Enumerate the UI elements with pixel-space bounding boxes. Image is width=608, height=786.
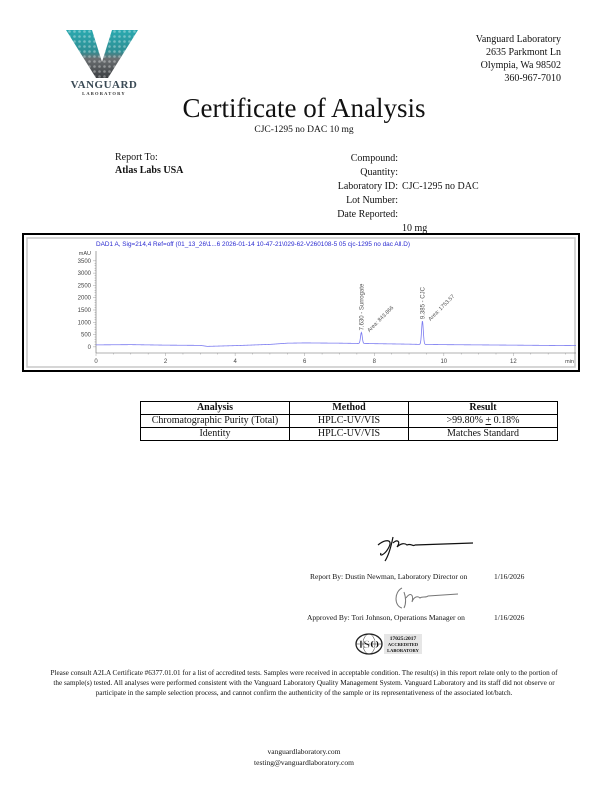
cell-result: >99.80% + 0.18% (409, 415, 558, 428)
disclaimer-text: Please consult A2LA Certificate #6377.01… (50, 668, 558, 698)
svg-text:2: 2 (164, 359, 168, 365)
lot-number-label: Lot Number: (300, 194, 398, 208)
address-phone: 360-967-7010 (476, 72, 561, 85)
svg-text:min: min (565, 359, 574, 365)
compound-label: Compound: (300, 152, 398, 166)
compound-value: CJC-1295 no DAC (402, 180, 479, 194)
date-reported-label: Date Reported: (300, 208, 398, 222)
cell-method: HPLC-UV/VIS (290, 428, 409, 441)
svg-text:8: 8 (373, 359, 377, 365)
address-line: Vanguard Laboratory (476, 33, 561, 46)
svg-text:3500: 3500 (78, 259, 92, 265)
header-result: Result (409, 402, 558, 415)
manager-signature (392, 584, 462, 612)
footer-website[interactable]: vanguardlaboratory.com (0, 746, 608, 757)
svg-text:1500: 1500 (78, 308, 92, 314)
lab-id-label: Laboratory ID: (300, 180, 398, 194)
svg-text:3000: 3000 (78, 271, 92, 277)
svg-text:mAU: mAU (79, 251, 91, 257)
svg-text:Area: 1753.57: Area: 1753.57 (428, 294, 457, 323)
report-by-text: Report By: Dustin Newman, Laboratory Dir… (310, 572, 467, 581)
svg-text:6: 6 (303, 359, 307, 365)
svg-text:9.385 - CJC: 9.385 - CJC (420, 286, 426, 319)
chromatogram-plot: DAD1 A, Sig=214,4 Ref=off (01_13_26\1...… (24, 235, 578, 370)
svg-text:ISO: ISO (359, 637, 380, 651)
lab-address: Vanguard Laboratory 2635 Parkmont Ln Oly… (476, 33, 561, 85)
cell-analysis: Identity (141, 428, 290, 441)
approved-date: 1/16/2026 (494, 613, 524, 622)
approved-by-text: Approved By: Tori Johnson, Operations Ma… (307, 613, 465, 622)
svg-text:12: 12 (510, 359, 517, 365)
logo-wordmark: VANGUARD (54, 79, 154, 91)
svg-text:2000: 2000 (78, 296, 92, 302)
plus-minus-symbol: + (486, 415, 492, 426)
svg-text:0: 0 (94, 359, 98, 365)
footer-email[interactable]: testing@vanguardlaboratory.com (0, 757, 608, 768)
footer: vanguardlaboratory.com testing@vanguardl… (0, 746, 608, 768)
svg-text:Area: 843.866: Area: 843.866 (367, 305, 396, 334)
document-title: Certificate of Analysis (0, 93, 608, 123)
svg-text:0: 0 (88, 345, 92, 351)
svg-text:10: 10 (440, 359, 447, 365)
iso-accreditation-badge: ISO 17025:2017 ACCREDITED LABORATORY (355, 633, 423, 655)
header-analysis: Analysis (141, 402, 290, 415)
svg-text:1000: 1000 (78, 320, 92, 326)
chromatogram: DAD1 A, Sig=214,4 Ref=off (01_13_26\1...… (22, 233, 580, 372)
results-table: Analysis Method Result Chromatographic P… (140, 401, 558, 441)
cell-analysis: Chromatographic Purity (Total) (141, 415, 290, 428)
address-line: 2635 Parkmont Ln (476, 46, 561, 59)
svg-text:7.630 - Surrogate: 7.630 - Surrogate (359, 283, 365, 330)
svg-text:2500: 2500 (78, 283, 92, 289)
document-subtitle: CJC-1295 no DAC 10 mg (0, 125, 608, 135)
address-line: Olympia, Wa 98502 (476, 59, 561, 72)
svg-text:500: 500 (81, 333, 92, 339)
cell-method: HPLC-UV/VIS (290, 415, 409, 428)
table-row: Identity HPLC-UV/VIS Matches Standard (141, 428, 558, 441)
report-to-name: Atlas Labs USA (115, 165, 183, 176)
svg-text:ACCREDITED: ACCREDITED (388, 642, 419, 647)
sample-info-labels: Compound: Quantity: Laboratory ID: Lot N… (300, 152, 398, 222)
svg-text:4: 4 (233, 359, 237, 365)
cell-result: Matches Standard (409, 428, 558, 441)
table-header-row: Analysis Method Result (141, 402, 558, 415)
report-to-label: Report To: (115, 152, 158, 163)
svg-text:LABORATORY: LABORATORY (387, 648, 419, 653)
director-signature (375, 533, 475, 563)
table-row: Chromatographic Purity (Total) HPLC-UV/V… (141, 415, 558, 428)
quantity-label: Quantity: (300, 166, 398, 180)
svg-text:DAD1 A, Sig=214,4 Ref=off (01_: DAD1 A, Sig=214,4 Ref=off (01_13_26\1...… (96, 241, 410, 248)
report-date: 1/16/2026 (494, 572, 524, 581)
header-method: Method (290, 402, 409, 415)
